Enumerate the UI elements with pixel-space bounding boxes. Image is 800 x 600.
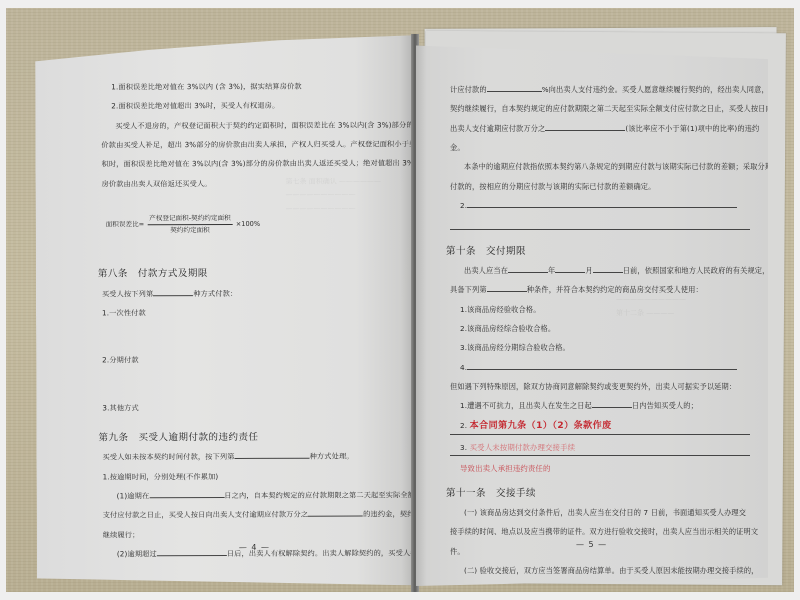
text-line: 支付应付款之日止，买受人按日向出卖人支付逾期应付款万分之的违约金，契约 xyxy=(103,510,403,520)
blank-field xyxy=(467,363,737,370)
text-line: 金。 xyxy=(450,143,750,152)
article-title: 交付期限 xyxy=(486,246,526,257)
text-line: 买受人如未按本契约时间付款，按下列第种方式处理。 xyxy=(102,452,402,462)
text-line: 付款的，按相应的分期应付款与该期的实际已付款的差额确定。 xyxy=(450,182,750,191)
text-fragment: (1)逾期在 xyxy=(117,491,150,500)
text-fragment: 出卖人应当在 xyxy=(464,266,508,275)
text-fragment: 年 xyxy=(548,266,555,275)
payment-option: 1.一次性付款 xyxy=(102,307,402,317)
delivery-condition: 3.该商品房经分期综合验收合格。 xyxy=(450,343,750,352)
blank-field xyxy=(308,510,363,517)
text-fragment: 月 xyxy=(585,266,592,275)
text-fragment: 日前，依照国家和地方人民政府的有关规定，将 xyxy=(623,266,768,275)
text-fragment: 买受人如未按本契约时间付款，按下列第 xyxy=(102,452,234,461)
text-fragment: 具备下列第 xyxy=(450,285,487,294)
text-line: 1.面积误差比绝对值在 3%以内 (含 3%)，据实结算房价款 xyxy=(101,81,401,91)
text-line: (1)逾期在日之内，自本契约规定的应付款期限之第二天起至实际全额 xyxy=(103,491,403,501)
text-line: 接手续的时间、地点以及应当携带的证件。双方进行验收交接时，出卖人应当出示相关的证… xyxy=(450,527,750,536)
text-fragment: 出卖人支付逾期应付款万分之 xyxy=(450,124,545,133)
article-8-heading: 第八条付款方式及期限 xyxy=(98,268,402,281)
article-number: 第九条 xyxy=(98,432,128,443)
blank-field xyxy=(149,491,224,498)
page-5-content: 计应付款的%向出卖人支付违约金。买受人愿意继续履行契约的，经出卖人同意， 契约继… xyxy=(450,85,750,585)
payment-option: 2.分期付款 xyxy=(102,355,402,365)
text-fragment: (2)逾期超过 xyxy=(117,549,157,558)
text-line: 2.面积误差比绝对值超出 3%时，买受人有权退房。 xyxy=(101,101,401,111)
text-line: 具备下列第种条件，并符合本契约约定的商品房交付买受人使用： xyxy=(450,285,750,294)
delivery-condition: 4. xyxy=(450,363,750,372)
text-fragment: 4. xyxy=(460,363,467,372)
text-line: 2. 本合同第九条（1）（2）条款作废 xyxy=(450,421,750,433)
text-line: 继续履行； xyxy=(103,529,403,539)
article-9-heading: 第九条买受人逾期付款的违约责任 xyxy=(98,431,402,444)
text-fragment: 的违约金，契约 xyxy=(363,510,413,519)
text-fragment: 买受人按下列第 xyxy=(102,289,153,298)
text-fragment: 种方式处理。 xyxy=(310,452,354,461)
text-line: 买受人不退房的，产权登记面积大于契约约定面积时，面积误差比在 3%以内(含 3%… xyxy=(101,120,401,130)
text-fragment: 2. xyxy=(460,201,467,210)
text-fragment: 日之内，自本契约规定的应付款期限之第二天起至实际全额 xyxy=(224,490,413,500)
photo-background: 第七条 面积确认 —————————————————————————— 1.面积… xyxy=(6,8,794,592)
text-line: 计应付款的%向出卖人支付违约金。买受人愿意继续履行契约的，经出卖人同意， xyxy=(450,85,750,94)
formula-denominator: 契约约定面积 xyxy=(170,225,210,235)
blank-field xyxy=(235,452,310,459)
area-error-formula: 面积误差比= 产权登记面积-契约约定面积 契约约定面积 ×100% xyxy=(106,214,402,235)
article-11-heading: 第十一条交接手续 xyxy=(446,488,750,500)
formula-lhs: 面积误差比= xyxy=(106,220,145,229)
page-number: — 4 — xyxy=(239,543,270,553)
page-number: — 5 — xyxy=(576,540,607,550)
blank-field xyxy=(555,266,585,273)
text-fragment: %向出卖人支付违约金。买受人愿意继续履行契约的，经出卖人同意， xyxy=(542,85,768,94)
article-title: 交接手续 xyxy=(496,488,536,499)
text-fragment: 种条件，并符合本契约约定的商品房交付买受人使用： xyxy=(527,285,703,294)
article-title: 买受人逾期付款的违约责任 xyxy=(138,432,258,443)
article-number: 第八条 xyxy=(98,269,128,280)
text-line: 出卖人支付逾期应付款万分之(该比率应不小于第(1)项中的比率)的违约 xyxy=(450,124,750,133)
blank-rule xyxy=(450,453,750,456)
text-fragment: 支付应付款之日止，买受人按日向出卖人支付逾期应付款万分之 xyxy=(103,510,308,520)
blank-field xyxy=(487,285,527,292)
text-line: 1.遭遇不可抗力，且出卖人在发生之日起日内告知买受人的； xyxy=(450,401,750,410)
blank-field xyxy=(157,549,227,556)
text-line: 导致出卖人承担违约责任的 xyxy=(450,464,750,474)
text-fragment: 1.遭遇不可抗力，且出卖人在发生之日起 xyxy=(460,401,592,410)
blank-field xyxy=(508,266,548,273)
text-line: 但如遇下列特殊原因，除双方协商同意解除契约或变更契约外，出卖人可据实予以延期： xyxy=(450,382,750,391)
text-fragment: (该比率应不小于第(1)项中的比率)的违约 xyxy=(625,124,759,133)
text-fragment: 2. xyxy=(460,421,467,430)
text-line: 价款由买受人补足，超出 3%部分的房价款由出卖人承担，产权人归买受人。产权登记面… xyxy=(101,139,401,149)
handwritten-stamp-line-3: 导致出卖人承担违约责任的 xyxy=(460,464,551,473)
text-line: 1.按逾期时间，分别处理(不作累加) xyxy=(103,471,403,481)
text-line: 房价款由出卖人双倍返还买受人。 xyxy=(102,178,402,188)
handwritten-stamp-line-1: 本合同第九条（1）（2）条款作废 xyxy=(470,421,612,431)
page-4: 第七条 面积确认 —————————————————————————— 1.面积… xyxy=(35,35,413,586)
text-line: 3. 买受人未按期付款办理交接手续 xyxy=(450,443,750,453)
article-number: 第十条 xyxy=(446,246,476,257)
delivery-condition: 1.该商品房经验收合格。 xyxy=(450,305,750,314)
blank-rule xyxy=(450,432,750,435)
blank-rule xyxy=(450,221,750,230)
blank-field xyxy=(153,289,193,296)
text-line: 契约继续履行，自本契约规定的应付款期限之第二天起至实际全额支付应付款之日止，买受… xyxy=(450,104,750,113)
article-10-heading: 第十条交付期限 xyxy=(446,246,750,258)
blank-field xyxy=(593,266,623,273)
payment-option: 3.其他方式 xyxy=(102,402,402,412)
text-line: 2. xyxy=(450,201,750,210)
formula-numerator: 产权登记面积-契约约定面积 xyxy=(147,214,233,225)
text-line: (一) 该商品房达到交付条件后，出卖人应当在交付日的 7 日前，书面通知买受人办… xyxy=(450,508,750,517)
text-line: 本条中的逾期应付款指依照本契约第八条规定的到期应付款与该期实际已付款的差额；采取… xyxy=(450,162,750,171)
article-title: 付款方式及期限 xyxy=(138,268,208,279)
text-line: 出卖人应当在年月日前，依照国家和地方人民政府的有关规定，将 xyxy=(450,266,750,275)
blank-field xyxy=(467,201,737,208)
text-line: 买受人按下列第种方式付款： xyxy=(102,288,402,298)
handwritten-stamp-line-2: 买受人未按期付款办理交接手续 xyxy=(470,443,576,452)
text-fragment: 3. xyxy=(460,443,467,452)
page-4-content: 1.面积误差比绝对值在 3%以内 (含 3%)，据实结算房价款 2.面积误差比绝… xyxy=(101,81,403,569)
blank-field xyxy=(487,85,542,92)
article-number: 第十一条 xyxy=(446,488,486,499)
blank-field xyxy=(545,124,625,131)
text-line: (二) 验收交接后，双方应当签署商品房结算单。由于买受人原因未能按期办理交接手续… xyxy=(450,566,750,575)
delivery-condition: 2.该商品房经综合验收合格。 xyxy=(450,324,750,333)
text-fragment: 日内告知买受人的； xyxy=(632,401,698,410)
formula-fraction: 产权登记面积-契约约定面积 契约约定面积 xyxy=(147,214,233,234)
blank-field xyxy=(592,401,632,408)
text-line: 积时，面积误差比绝对值在 3%以内(含 3%)部分的房价款由出卖人返还买受人；绝… xyxy=(101,159,401,169)
text-fragment: 计应付款的 xyxy=(450,85,487,94)
page-5: ———————————————————第十二条 ———— 计应付款的%向出卖人支… xyxy=(416,40,768,586)
formula-suffix: ×100% xyxy=(236,220,260,229)
text-fragment: 种方式付款： xyxy=(193,289,237,298)
